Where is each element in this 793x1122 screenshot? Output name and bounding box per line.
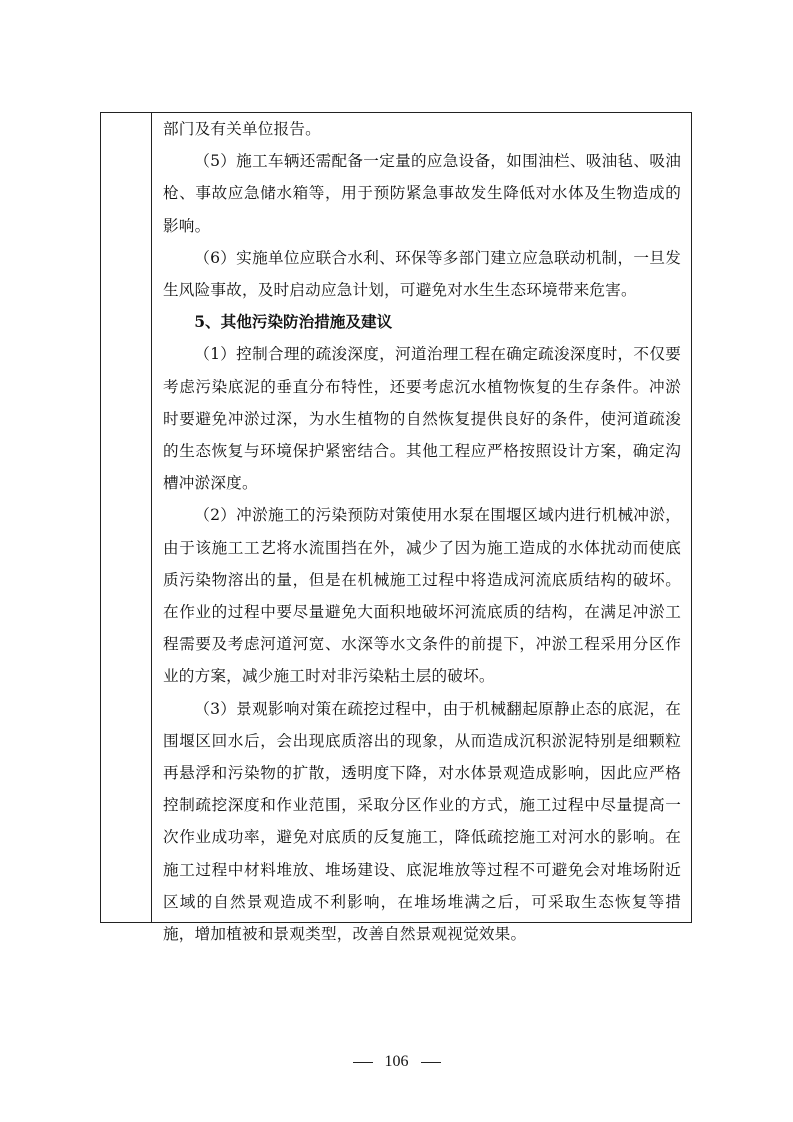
paragraph-item-1: （1）控制合理的疏浚深度，河道治理工程在确定疏浚深度时，不仅要考虑污染底泥的垂直… [163, 338, 681, 499]
dash-left [353, 1062, 373, 1063]
paragraph-item-2: （2）冲淤施工的污染预防对策使用水泵在围堰区域内进行机械冲淤，由于该施工工艺将水… [163, 499, 681, 692]
table-left-column [101, 113, 152, 922]
paragraph-item-3: （3）景观影响对策在疏挖过程中，由于机械翻起原静止态的底泥，在围堰区回水后，会出… [163, 693, 681, 951]
section-heading: 5、其他污染防治措施及建议 [163, 306, 681, 338]
content-table: 部门及有关单位报告。 （5）施工车辆还需配备一定量的应急设备，如围油栏、吸油毡、… [100, 112, 692, 923]
paragraph-item-6: （6）实施单位应联合水利、环保等多部门建立应急联动机制，一旦发生风险事故，及时启… [163, 242, 681, 306]
table-right-column: 部门及有关单位报告。 （5）施工车辆还需配备一定量的应急设备，如围油栏、吸油毡、… [152, 113, 691, 922]
dash-right [421, 1062, 441, 1063]
paragraph-continuation: 部门及有关单位报告。 [163, 113, 681, 145]
page-footer: 106 [0, 1053, 793, 1071]
page-number: 106 [385, 1053, 409, 1070]
paragraph-item-5: （5）施工车辆还需配备一定量的应急设备，如围油栏、吸油毡、吸油枪、事故应急储水箱… [163, 145, 681, 242]
